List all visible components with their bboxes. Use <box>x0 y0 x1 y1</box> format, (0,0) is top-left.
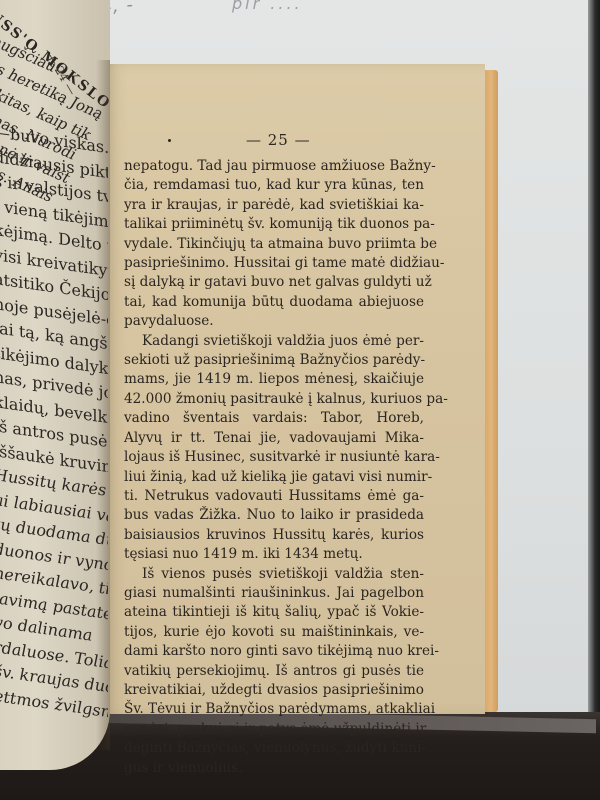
paragraph-2: Kadangi svietiškoji valdžia juos ėmė per… <box>124 332 424 565</box>
text-line: vadino šventais vardais: Tabor, Horeb, <box>124 409 424 428</box>
text-line: gynėsi, paskui gi ir patys ėmė užpuldinė… <box>124 720 424 739</box>
text-line: mams, jie 1419 m. liepos mėnesį, skaičiu… <box>124 370 424 389</box>
text-line: tijos, kurie ėjo kovoti su maištininkais… <box>124 623 424 642</box>
handwritten-note-2: pir .... <box>232 0 303 13</box>
text-line: bus vadas Žižka. Nuo to laiko ir praside… <box>124 506 424 525</box>
text-line: Šv. Tėvui ir Bažnyčios parėdymams, atkak… <box>124 700 424 719</box>
text-line: vatikių persekiojimų. Iš antros gi pusės… <box>124 662 424 681</box>
text-line: lojaus iš Husinec, susitvarkė ir nusiunt… <box>124 448 424 467</box>
text-line: Kadangi svietiškoji valdžia juos ėmė per… <box>124 332 424 351</box>
page-body-text: nepatogu. Tad jau pirmuose amžiuose Bažn… <box>124 157 424 778</box>
text-line: ti. Netrukus vadovauti Hussitams ėmė ga- <box>124 487 424 506</box>
text-line: nepatogu. Tad jau pirmuose amžiuose Bažn… <box>124 157 424 176</box>
text-line: yra ir kraujas, ir parėdė, kad svietiški… <box>124 196 424 215</box>
text-line: gus ir vienuolius. <box>124 759 424 778</box>
text-line: pavydaluose. <box>124 312 424 331</box>
text-line: 42.000 žmonių pasitraukė į kalnus, kuriu… <box>124 390 424 409</box>
text-line: deginti Bažnyčias, vienuolynus, žudyti k… <box>124 739 424 758</box>
text-line: ateina tikintieji iš kitų šalių, ypač iš… <box>124 603 424 622</box>
text-line: talikai priiminėtų šv. komuniją tik duon… <box>124 215 424 234</box>
text-line: Iš vienos pusės svietiškoji valdžia sten… <box>124 565 424 584</box>
print-dot <box>168 139 171 142</box>
left-page-visible-text: —buvo viskas. Kas didžiausis piktada s i… <box>0 120 108 720</box>
paragraph-3: Iš vienos pusės svietiškoji valdžia sten… <box>124 565 424 778</box>
text-line: čia, remdamasi tuo, kad kur yra kūnas, t… <box>124 176 424 195</box>
text-line: tęsiasi nuo 1419 m. iki 1434 metų. <box>124 545 424 564</box>
text-line: tai, kad komunija būtų duodama abiejuose <box>124 293 424 312</box>
text-line: baisiausios kruvinos Hussitų karės, kuri… <box>124 526 424 545</box>
text-line: giasi numalšinti riaušininkus. Jai pagel… <box>124 584 424 603</box>
text-line: vydale. Tikinčiųjų ta atmaina buvo priim… <box>124 235 424 254</box>
text-line: pasipriešinimo. Hussitai gi tame matė di… <box>124 254 424 273</box>
text-line: sį dalyką ir gatavi buvo net galvas guld… <box>124 273 424 292</box>
text-line: liui žinią, kad už kieliką jie gatavi vi… <box>124 468 424 487</box>
page-number: — 25 — <box>246 131 311 149</box>
text-line: dami karšto noro ginti savo tikėjimą nuo… <box>124 642 424 661</box>
text-line: kreivatikiai, uždegti dvasios pasiprieši… <box>124 681 424 700</box>
page-edge <box>484 70 498 712</box>
text-line: Alyvų ir tt. Tenai jie, vadovaujami Mika… <box>124 429 424 448</box>
dark-frame-edge <box>588 0 600 800</box>
text-line: sekioti už pasipriešinimą Bažnyčios parė… <box>124 351 424 370</box>
paragraph-1: nepatogu. Tad jau pirmuose amžiuose Bažn… <box>124 157 424 332</box>
